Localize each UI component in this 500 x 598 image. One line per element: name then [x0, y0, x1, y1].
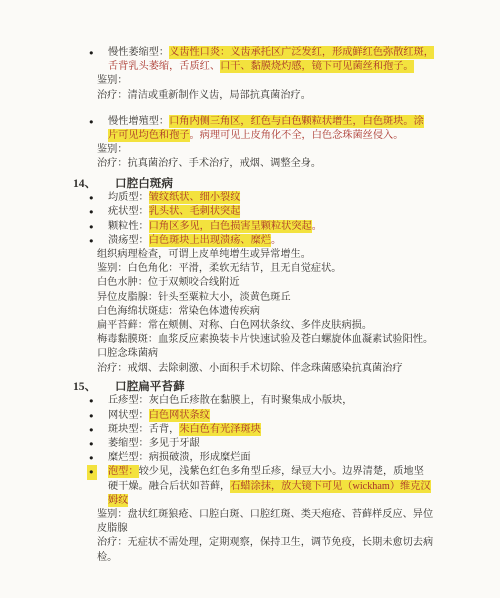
text-line: 白色水肿：位于双颊咬合线附近 [97, 276, 454, 290]
bullet-icon: ● [89, 423, 94, 437]
text-line: 组织病理检查，可谓上皮单纯增生或异常增生。 [97, 248, 454, 262]
text-line: 口腔念珠菌病 [97, 347, 454, 361]
text-segment: 鉴别： [97, 144, 128, 155]
document-page: ●慢性萎缩型：义齿性口炎：义齿承托区广泛发红，形成鲜红色弥散红斑， 舌背乳头萎缩… [0, 0, 500, 598]
text-segment: 萎缩型：多见于牙龈 [108, 438, 200, 449]
text-segment: 白色斑块上出现溃疡、糜烂 [149, 234, 271, 247]
text-line: 梅毒黏膜斑：血浆反应素换装卡片快速试验及苍白螺旋体血凝素试验阳性。 [97, 333, 454, 347]
text-segment: 。 [312, 221, 322, 232]
section-number: 14、 [73, 177, 96, 192]
text-segment: 白色网状条纹 [149, 409, 210, 422]
text-line: 鉴别： [97, 74, 454, 88]
section-title: 口腔白斑病 [115, 177, 173, 190]
text-segment: 斑块型：舌背， [108, 424, 179, 435]
bullet-icon: ● [89, 46, 94, 60]
bullet-item: ●糜烂型：病损破溃，形成糜烂面 [108, 451, 454, 465]
text-segment: 治疗：抗真菌治疗、手术治疗，戒烟、调整全身。 [97, 158, 321, 169]
bullet-icon: ● [89, 115, 94, 129]
text-segment: 泡型： [108, 465, 139, 478]
spacer [0, 103, 500, 115]
text-segment: 口腔念珠菌病 [97, 348, 158, 359]
text-segment: 异位皮脂腺：针头至粟粒大小，淡黄色斑丘 [97, 292, 291, 303]
bullet-item: ●均质型：皱纹纸状、细小裂纹 [108, 191, 454, 205]
text-line: 白色海绵状斑痣：常染色体遗传疾病 [97, 305, 454, 319]
text-segment: 扁平苔藓：常在颊侧、对称、白色网状条纹、多伴皮肤病损。 [97, 320, 372, 331]
bullet-icon: ● [89, 191, 94, 205]
bullet-item: ●斑块型：舌背，朱白色有光泽斑块 [108, 423, 454, 437]
text-segment: 均质型： [108, 192, 149, 203]
text-segment: 朱白色有光泽斑块 [179, 423, 261, 436]
section-heading: 14、口腔白斑病 [115, 177, 500, 192]
bullet-item: ●颗粒性：口角区多见，白色损害呈颗粒状突起。 [108, 220, 454, 234]
text-line: 鉴别：盘状红斑狼疮、口腔白斑、口腔红斑、类天疱疮、苔藓样反应、异位 皮脂腺 [97, 508, 454, 536]
text-segment: 溃疡型： [108, 235, 149, 246]
bullet-icon: ● [87, 465, 97, 479]
text-segment: 口干、黏膜烧灼感，镜下可见菌丝和孢子。 [220, 60, 414, 73]
bullet-icon: ● [89, 205, 94, 219]
text-segment: 白色海绵状斑痣：常染色体遗传疾病 [97, 306, 260, 317]
text-segment: 疣状型： [108, 206, 149, 217]
text-segment: 慢性萎缩型： [108, 47, 169, 58]
text-segment: 梅毒黏膜斑：血浆反应素换装卡片快速试验及苍白螺旋体血凝素试验阳性。 [97, 334, 433, 345]
bullet-item: ●疣状型：乳头状、毛刺状突起 [108, 205, 454, 219]
text-segment: 颗粒性： [108, 221, 149, 232]
text-line: 鉴别：白色角化：平滑，柔软无结节，且无自觉症状。 [97, 262, 454, 276]
text-segment: 皱纹纸状、细小裂纹 [149, 191, 241, 204]
text-segment: 糜烂型：病损破溃，形成糜烂面 [108, 452, 251, 463]
text-segment: 治疗：无症状不需处理，定期观察，保持卫生，调节免疫，长期未愈切去病 检。 [97, 537, 433, 562]
text-segment: 乳头状、毛刺状突起 [149, 205, 241, 218]
text-line: 治疗：无症状不需处理，定期观察，保持卫生，调节免疫，长期未愈切去病 检。 [97, 536, 454, 564]
bullet-icon: ● [89, 437, 94, 451]
bullet-item: ●泡型：较少见，浅紫色红色多角型丘疹，绿豆大小。边界清楚，质地坚 硬干燥。融合后… [108, 465, 454, 508]
section-title: 口腔扁平苔藓 [115, 380, 185, 393]
bullet-icon: ● [89, 451, 94, 465]
text-segment: 鉴别：盘状红斑狼疮、口腔白斑、口腔红斑、类天疱疮、苔藓样反应、异位 皮脂腺 [97, 509, 433, 534]
text-segment: 。 [271, 235, 281, 246]
text-segment: 治疗：清洁或重新制作义齿，局部抗真菌治疗。 [97, 90, 311, 101]
text-segment: 义齿性口炎：义齿承托区广泛发红，形成鲜红色弥散红斑， [169, 46, 434, 59]
text-segment: 组织病理检查，可谓上皮单纯增生或异常增生。 [97, 249, 311, 260]
bullet-icon: ● [89, 394, 94, 408]
text-segment: 。病理可见上皮角化不全，白色念珠菌丝侵入。 [190, 130, 404, 141]
bullet-icon: ● [89, 220, 94, 234]
text-segment: 治疗：戒烟、去除刺激、小面积手术切除、伴念珠菌感染抗真菌治疗 [97, 363, 403, 374]
text-line: 异位皮脂腺：针头至粟粒大小，淡黄色斑丘 [97, 291, 454, 305]
bullet-item: ●慢性增殖型：口角内侧三角区，红色与白色颗粒状增生，白色斑块。涂 片可见均色和孢… [108, 115, 454, 143]
section-number: 15、 [73, 380, 96, 395]
text-segment: 口角区多见，白色损害呈颗粒状突起 [149, 220, 312, 233]
bullet-item: ●慢性萎缩型：义齿性口炎：义齿承托区广泛发红，形成鲜红色弥散红斑， 舌背乳头萎缩… [108, 46, 454, 74]
text-line: 扁平苔藓：常在颊侧、对称、白色网状条纹、多伴皮肤病损。 [97, 319, 454, 333]
text-line: 治疗：戒烟、去除刺激、小面积手术切除、伴念珠菌感染抗真菌治疗 [97, 362, 454, 376]
bullet-item: ●网状型：白色网状条纹 [108, 409, 454, 423]
text-segment: 舌背乳头萎缩，舌质红、 [108, 61, 220, 72]
text-segment: 白色水肿：位于双颊咬合线附近 [97, 277, 240, 288]
text-line: 治疗：清洁或重新制作义齿，局部抗真菌治疗。 [97, 89, 454, 103]
text-segment: 鉴别：白色角化：平滑，柔软无结节，且无自觉症状。 [97, 263, 342, 274]
text-line: 治疗：抗真菌治疗、手术治疗，戒烟、调整全身。 [97, 157, 454, 171]
bullet-icon: ● [89, 234, 94, 248]
text-segment: 网状型： [108, 410, 149, 421]
text-line: 鉴别： [97, 143, 454, 157]
section-heading: 15、口腔扁平苔藓 [115, 380, 500, 395]
bullet-item: ●萎缩型：多见于牙龈 [108, 437, 454, 451]
bullet-icon: ● [89, 409, 94, 423]
text-segment: 慢性增殖型： [108, 116, 169, 127]
text-segment: 鉴别： [97, 75, 128, 86]
bullet-item: ●溃疡型：白色斑块上出现溃疡、糜烂。 [108, 234, 454, 248]
text-segment: 丘疹型：灰白色丘疹散在黏膜上，有时聚集成小版块， [108, 395, 353, 406]
bullet-item: ●丘疹型：灰白色丘疹散在黏膜上，有时聚集成小版块， [108, 394, 454, 408]
